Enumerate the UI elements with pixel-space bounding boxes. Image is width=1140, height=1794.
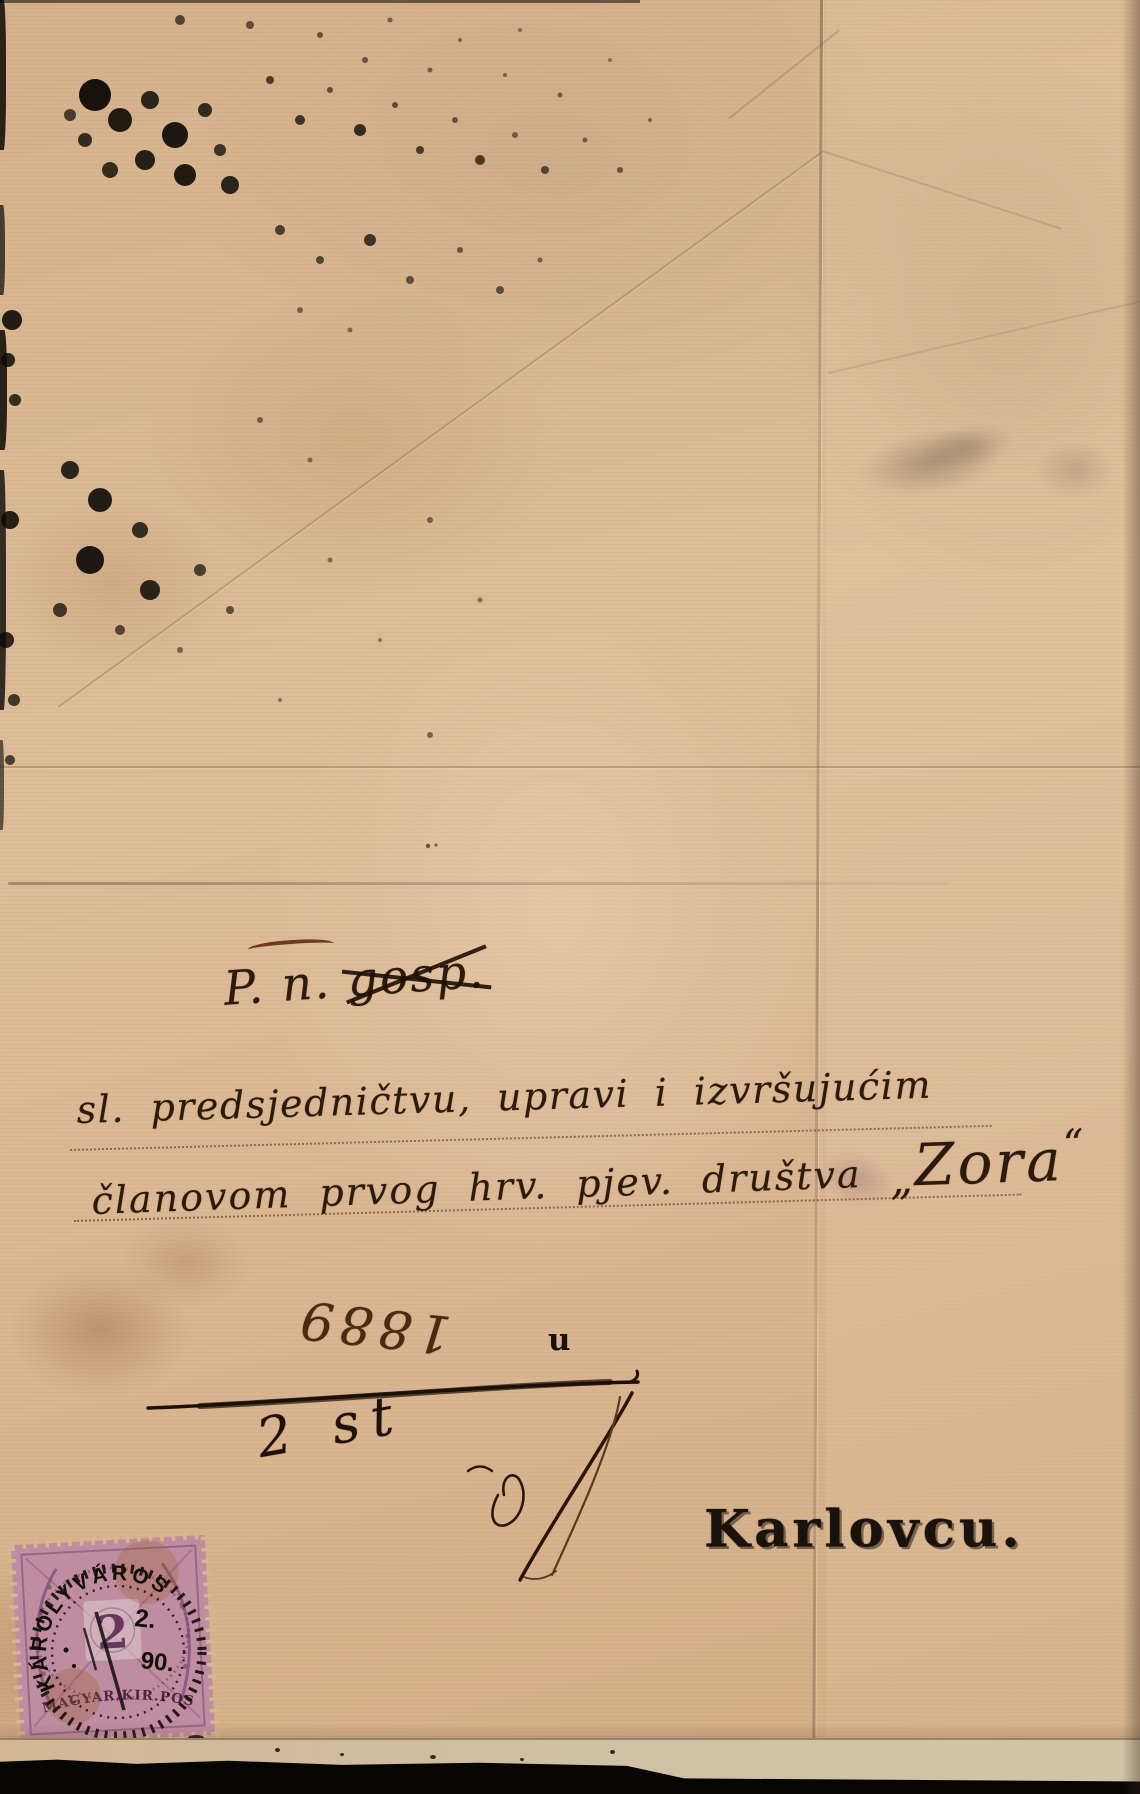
gray-smudge (1035, 440, 1115, 500)
ink-spatter (0, 0, 700, 900)
ink-speck (340, 1753, 344, 1756)
society-name: Zora (913, 1126, 1065, 1199)
close-quote: “ (1062, 1121, 1086, 1168)
ink-speck (520, 1758, 524, 1761)
ink-speck (275, 1748, 280, 1752)
scanner-edge-left (0, 0, 6, 150)
pen-flourish (460, 1375, 690, 1590)
document-scan: P. n. gosp. sl. predsjedničtvu, upravi i… (0, 0, 1140, 1794)
printed-city-name: Karlovcu. (704, 1499, 1024, 1559)
printed-preposition: u (548, 1322, 571, 1358)
salutation-prefix: P. n. (222, 955, 333, 1017)
postmark-year: 90. (139, 1647, 175, 1677)
right-edge-shadow (1122, 0, 1140, 1794)
ink-speck (430, 1755, 436, 1759)
open-quote: „ (889, 1153, 916, 1205)
scanner-edge-left (0, 740, 4, 830)
scanner-edge-left (0, 205, 5, 295)
ink-speck (610, 1750, 615, 1754)
struck-word: gosp. (346, 944, 487, 1008)
postmark-day: 2. (133, 1604, 157, 1634)
scanner-edge-left (0, 330, 7, 450)
scanner-edge-left (0, 470, 6, 710)
scanner-edge-top (0, 0, 640, 3)
bottom-fold-shadow (0, 1724, 1140, 1738)
